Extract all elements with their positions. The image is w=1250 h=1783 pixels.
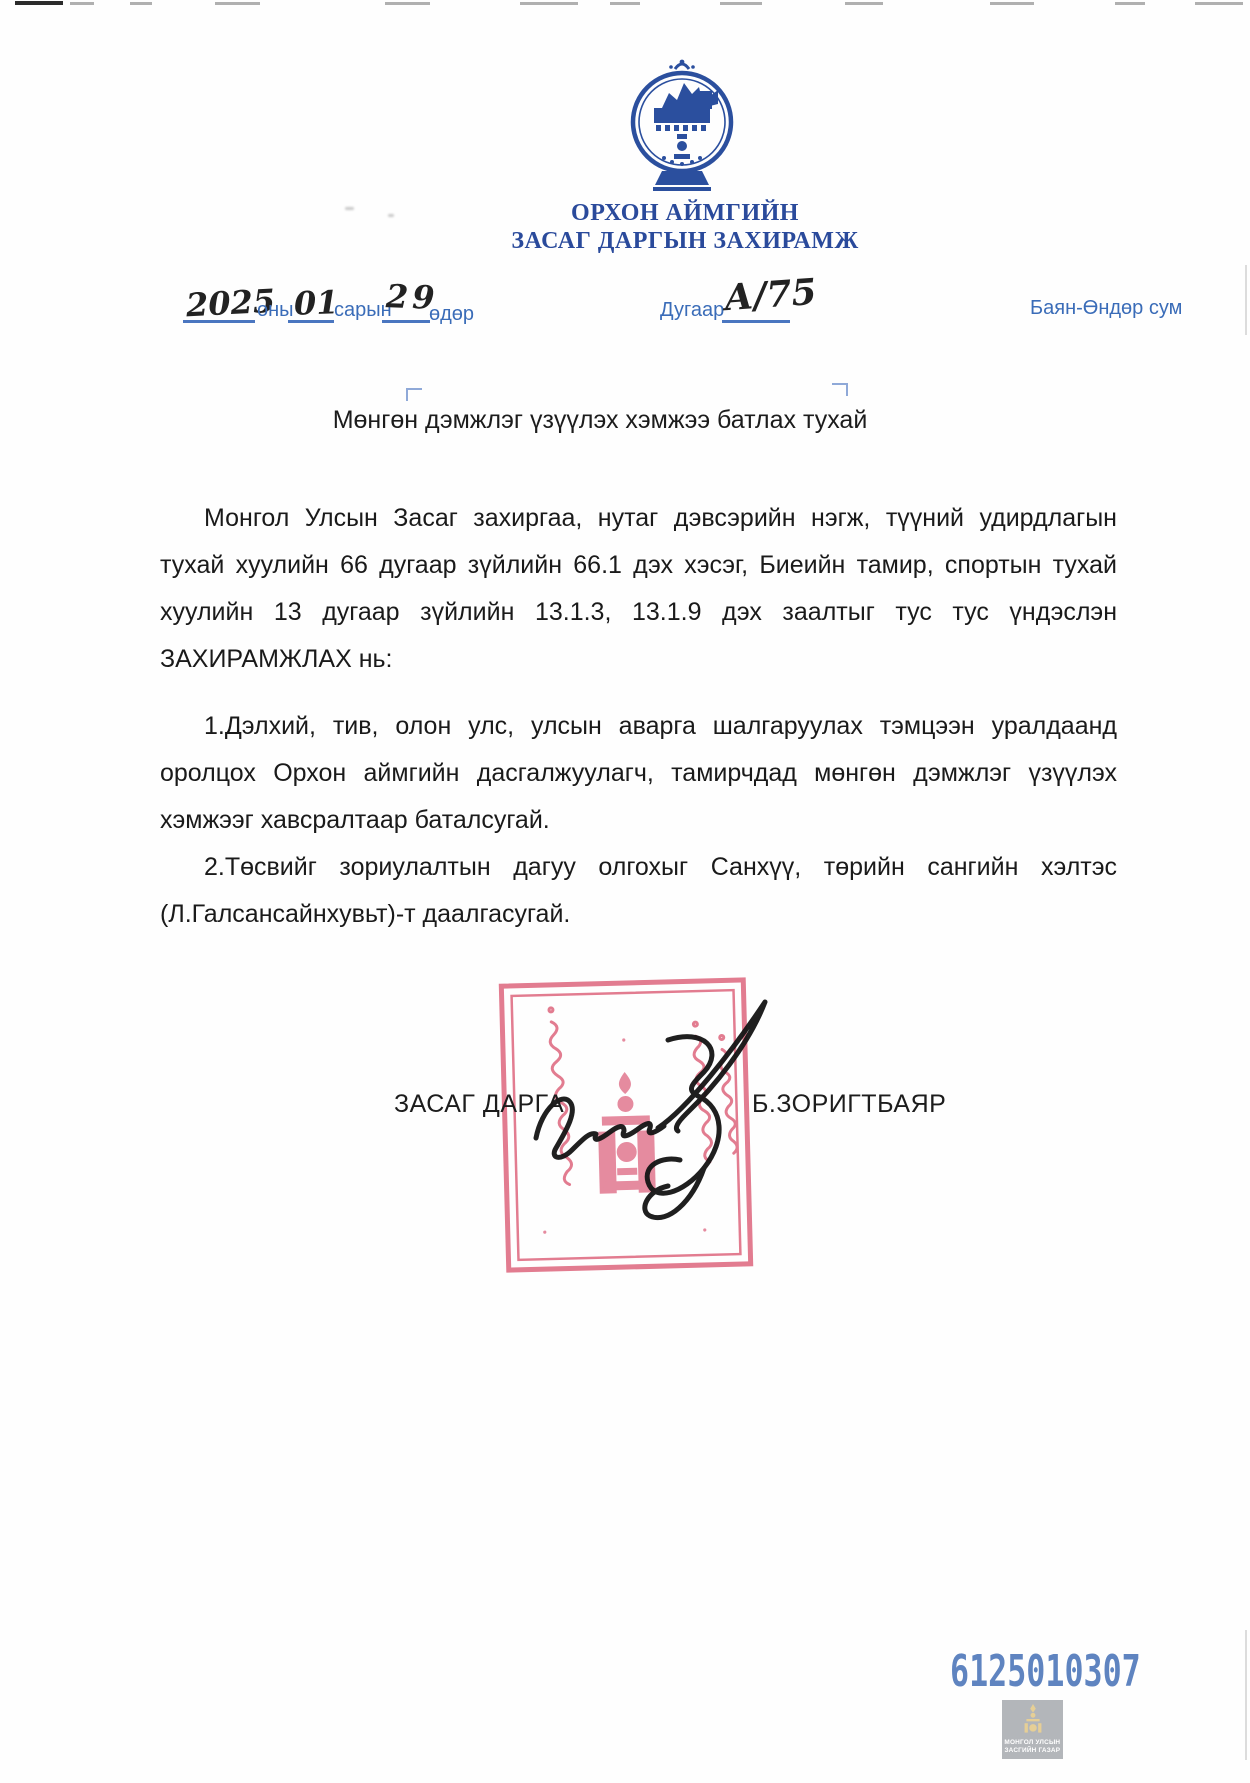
document-body: Монгол Улсын Засаг захиргаа, нутаг дэвсэ… bbox=[160, 495, 1117, 938]
scan-artifact bbox=[1245, 1630, 1247, 1760]
number-label: Дугаар bbox=[660, 299, 724, 322]
signer-name: Б.ЗОРИГТБАЯР bbox=[752, 1090, 946, 1119]
org-name-line2: ЗАСАГ ДАРГЫН ЗАХИРАМЖ bbox=[285, 227, 1085, 255]
corner-mark-left-icon bbox=[406, 388, 422, 401]
orkhon-province-emblem-icon bbox=[628, 58, 736, 194]
blank-underline bbox=[183, 320, 255, 323]
year-label: оны bbox=[257, 299, 294, 322]
document-title: Мөнгөн дэмжлэг үзүүлэх хэмжээ батлах тух… bbox=[160, 406, 1040, 435]
handwritten-month: 01 bbox=[293, 283, 339, 323]
blank-underline bbox=[382, 320, 430, 323]
registration-number-stamp: 6125010307 bbox=[950, 1646, 1141, 1697]
gov-logo-text-line2: ЗАСГИЙН ГАЗАР bbox=[1005, 1747, 1061, 1754]
handwritten-number: А/75 bbox=[723, 271, 818, 319]
governor-signature bbox=[528, 988, 778, 1223]
document-page: ОРХОН АЙМГИЙН ЗАСАГ ДАРГЫН ЗАХИРАМЖ 2025… bbox=[0, 0, 1250, 1783]
body-paragraph-item1: 1.Дэлхий, тив, олон улс, улсын аварга ша… bbox=[160, 703, 1117, 844]
month-label: сарын bbox=[334, 299, 392, 322]
gov-logo-text-line1: МОНГОЛ УЛСЫН bbox=[1005, 1739, 1061, 1746]
government-logo: МОНГОЛ УЛСЫН ЗАСГИЙН ГАЗАР bbox=[1002, 1700, 1063, 1759]
scan-artifact bbox=[1245, 265, 1247, 335]
location-label: Баян-Өндөр сум bbox=[1030, 297, 1182, 320]
soyombo-icon bbox=[1023, 1704, 1043, 1734]
blank-underline bbox=[722, 320, 790, 323]
body-paragraph-item2: 2.Төсвийг зориулалтын дагуу олгохыг Санх… bbox=[160, 844, 1117, 938]
day-label: өдөр bbox=[429, 303, 474, 326]
corner-mark-right-icon bbox=[832, 383, 848, 396]
body-paragraph-preamble: Монгол Улсын Засаг захиргаа, нутаг дэвсэ… bbox=[160, 495, 1117, 683]
org-name-line1: ОРХОН АЙМГИЙН bbox=[285, 199, 1085, 227]
blank-underline bbox=[288, 320, 334, 323]
signer-role: ЗАСАГ ДАРГА bbox=[394, 1090, 564, 1119]
